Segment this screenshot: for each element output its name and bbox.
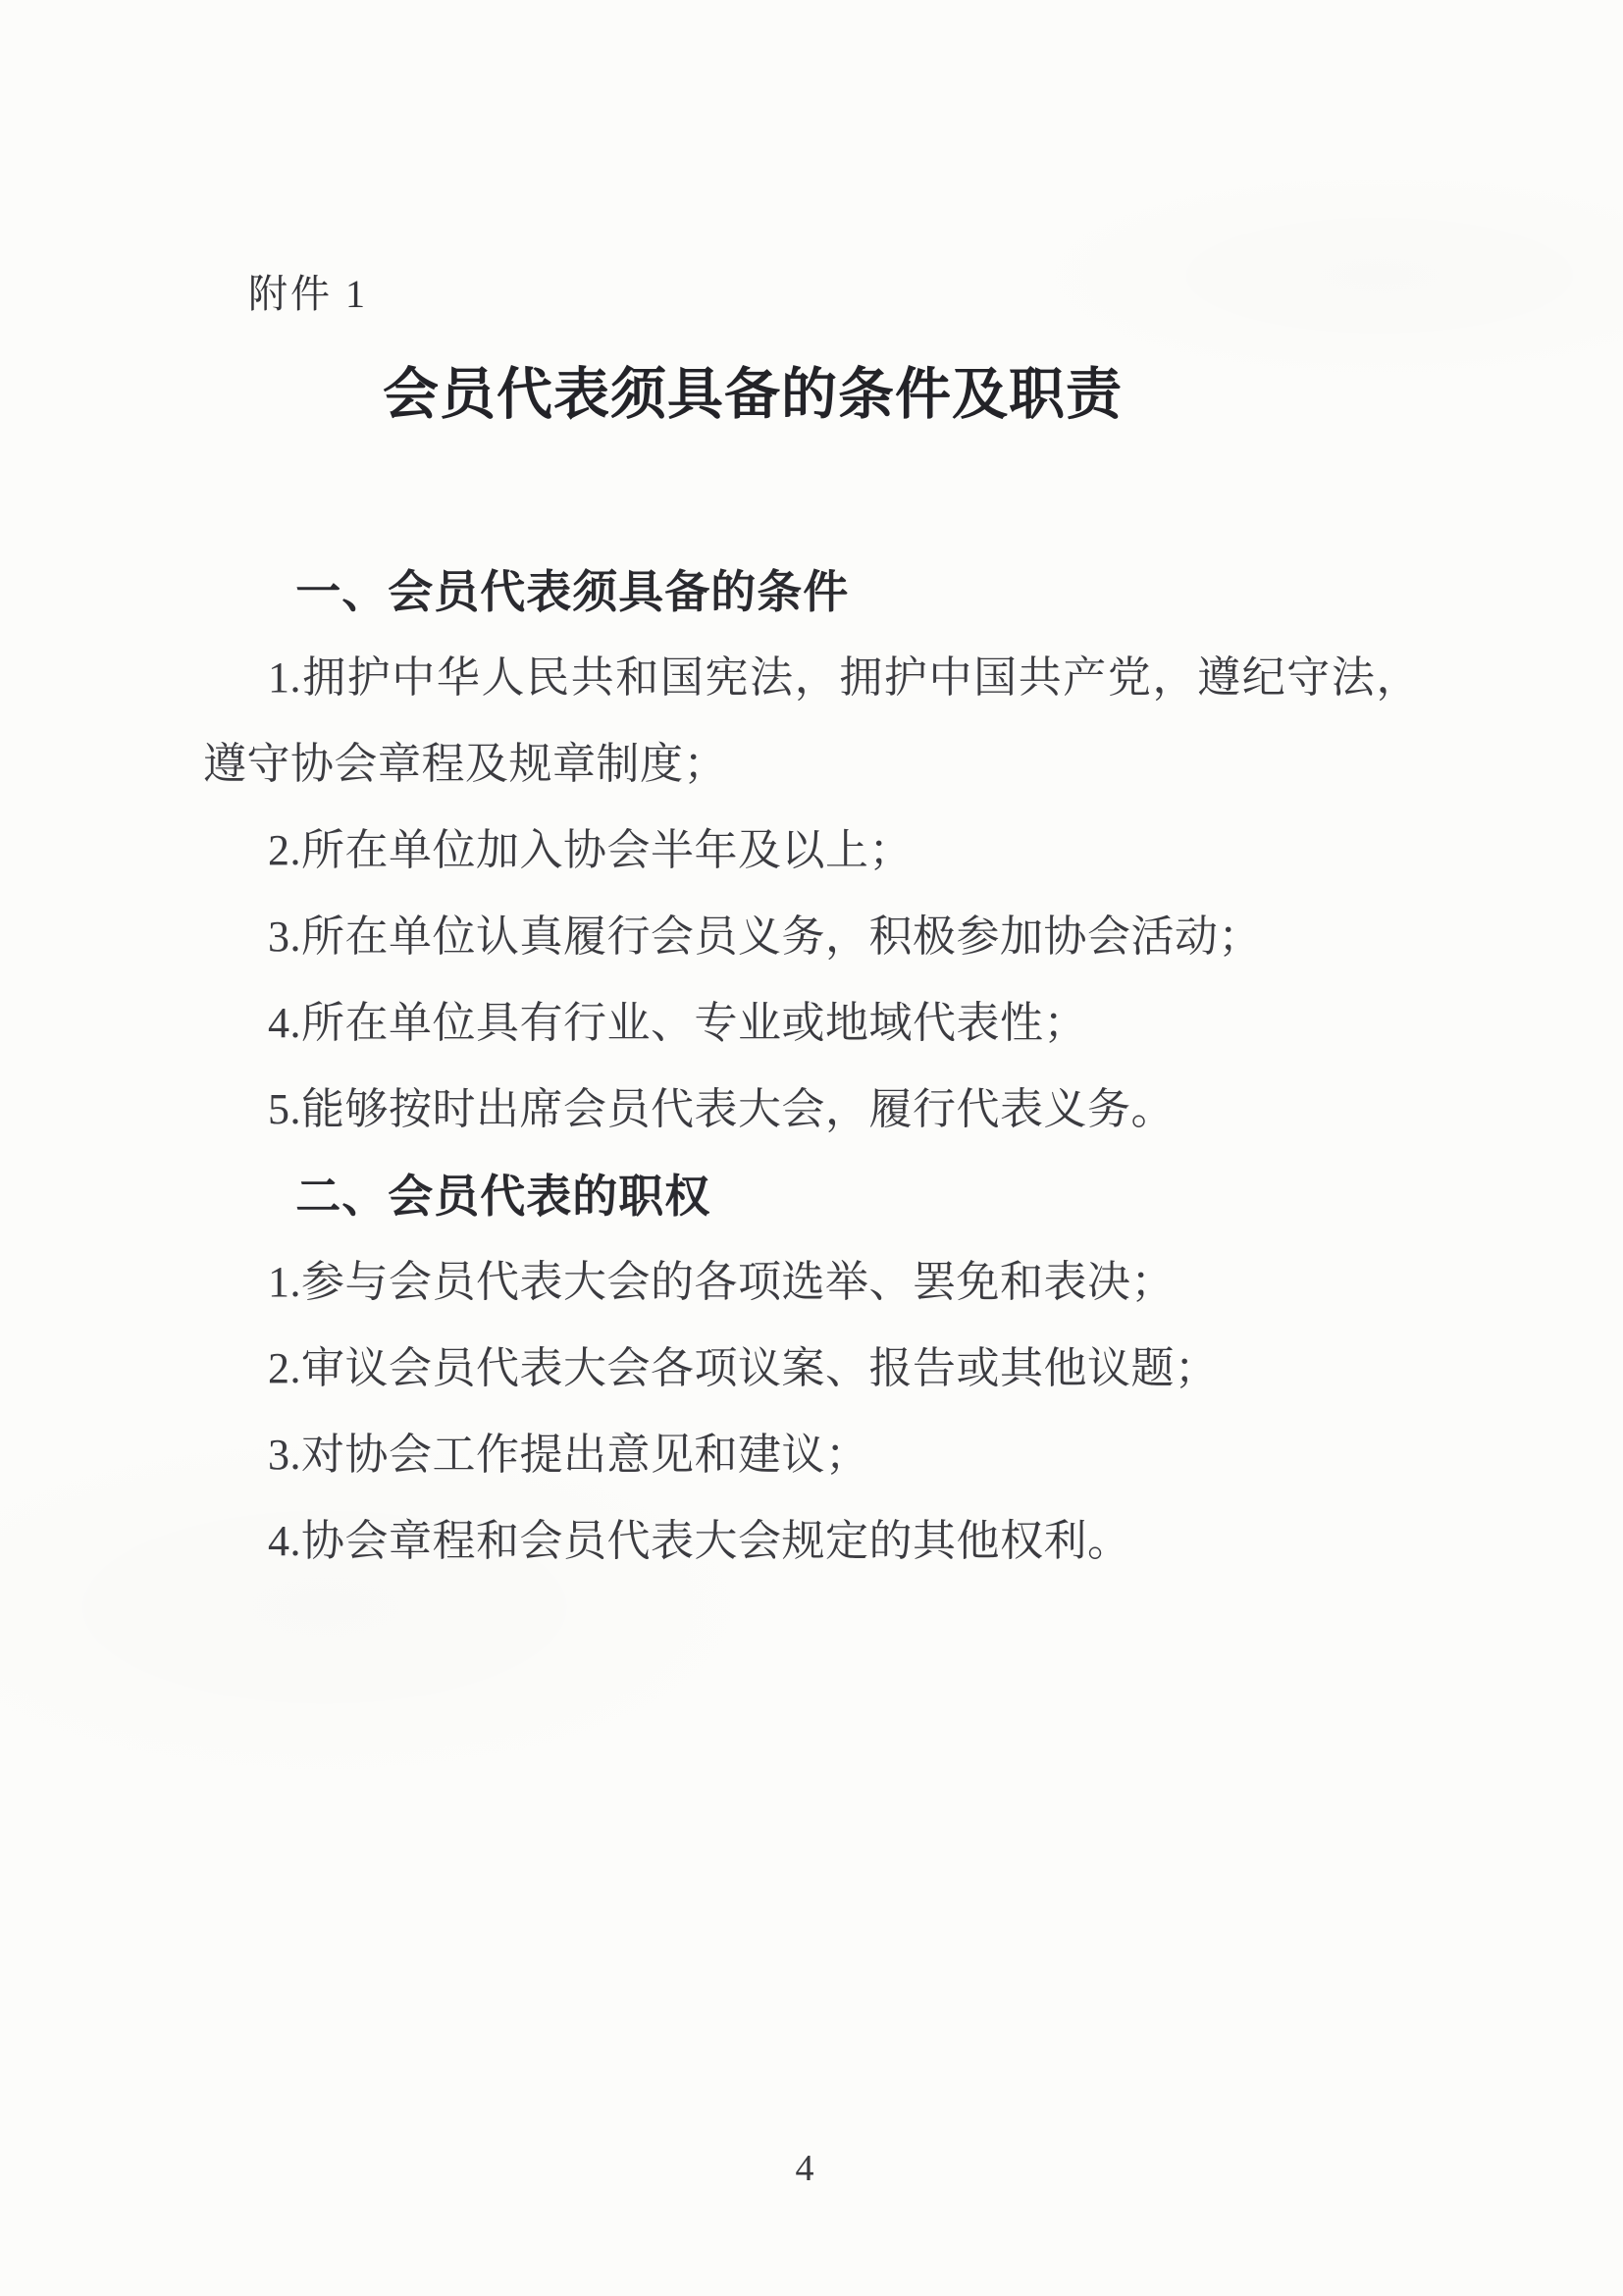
section-1-item-5: 5.能够按时出席会员代表大会，履行代表义务。: [203, 1067, 1420, 1153]
section-1-item-3: 3.所在单位认真履行会员义务，积极参加协会活动；: [203, 894, 1420, 980]
section-1-heading: 一、会员代表须具备的条件: [203, 548, 1420, 635]
section-2-item-1: 1.参与会员代表大会的各项选举、罢免和表决；: [203, 1239, 1420, 1326]
section-2-heading: 二、会员代表的职权: [203, 1153, 1420, 1239]
document-title: 会员代表须具备的条件及职责: [203, 346, 1302, 444]
section-1-item-2: 2.所在单位加入协会半年及以上；: [203, 808, 1420, 894]
section-2-item-4: 4.协会章程和会员代表大会规定的其他权利。: [203, 1498, 1420, 1585]
attachment-label: 附件 1: [248, 251, 1420, 338]
section-1-item-1: 1.拥护中华人民共和国宪法，拥护中国共产党，遵纪守法，遵守协会章程及规章制度；: [203, 635, 1420, 808]
document-content: 附件 1 会员代表须具备的条件及职责 一、会员代表须具备的条件 1.拥护中华人民…: [203, 0, 1420, 1585]
section-1-item-4: 4.所在单位具有行业、专业或地域代表性；: [203, 980, 1420, 1067]
page-number: 4: [0, 2139, 1609, 2198]
section-2-item-2: 2.审议会员代表大会各项议案、报告或其他议题；: [203, 1326, 1420, 1412]
section-2-item-3: 3.对协会工作提出意见和建议；: [203, 1412, 1420, 1498]
scanned-document-page: 附件 1 会员代表须具备的条件及职责 一、会员代表须具备的条件 1.拥护中华人民…: [0, 0, 1623, 2296]
